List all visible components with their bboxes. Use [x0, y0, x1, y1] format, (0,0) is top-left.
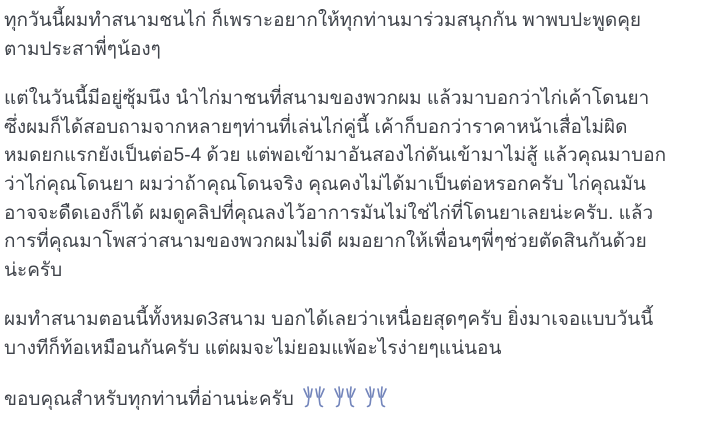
text-line: ตามประสาพี่ๆน้องๆ — [4, 36, 698, 65]
text-line: ทุกวันนี้ผมทำสนามชนไก่ ก็เพราะอยากให้ทุก… — [4, 7, 698, 36]
text-line: ซึ่งผมก็ได้สอบถามจากหลายๆท่านที่เล่นไก่ค… — [4, 114, 698, 143]
text-line: ผมทำสนามตอนนี้ทั้งหมด3สนาม บอกได้เลยว่าเ… — [4, 306, 698, 335]
text-line: อาจจะดืดเองก็ได้ ผมดูคลิปที่คุณลงไว้อากา… — [4, 200, 698, 229]
raised-hands-icon — [362, 385, 390, 409]
post-body: ทุกวันนี้ผมทำสนามชนไก่ ก็เพราะอยากให้ทุก… — [0, 0, 702, 414]
raised-hands-icon — [331, 385, 359, 409]
text-line: น่ะครับ — [4, 257, 698, 286]
text-line: แต่ในวันนี้มีอยู่ซุ้มนึง นำไก่มาชนที่สนา… — [4, 85, 698, 114]
text-line: ว่าไก่คุณโดนยา ผมว่าถ้าคุณโดนจริง คุณคงไ… — [4, 171, 698, 200]
post-paragraph: ทุกวันนี้ผมทำสนามชนไก่ ก็เพราะอยากให้ทุก… — [4, 7, 698, 64]
text-line: การที่คุณมาโพสว่าสนามของพวกผมไม่ดี ผมอยา… — [4, 228, 698, 257]
text-line: หมดยกแรกยังเป็นต่อ5-4 ด้วย แต่พอเข้ามาอั… — [4, 142, 698, 171]
text-line: บางทีก็ท้อเหมือนกันครับ แต่ผมจะไม่ยอมแพ้… — [4, 335, 698, 364]
raised-hands-icon — [300, 385, 328, 409]
raised-hands-icon-group — [300, 385, 390, 409]
post-paragraph: แต่ในวันนี้มีอยู่ซุ้มนึง นำไก่มาชนที่สนา… — [4, 85, 698, 285]
text-line: ขอบคุณสำหรับทุกท่านที่อ่านน่ะครับ — [4, 389, 294, 410]
post-paragraph: ขอบคุณสำหรับทุกท่านที่อ่านน่ะครับ — [4, 385, 698, 415]
post-paragraph: ผมทำสนามตอนนี้ทั้งหมด3สนาม บอกได้เลยว่าเ… — [4, 306, 698, 363]
